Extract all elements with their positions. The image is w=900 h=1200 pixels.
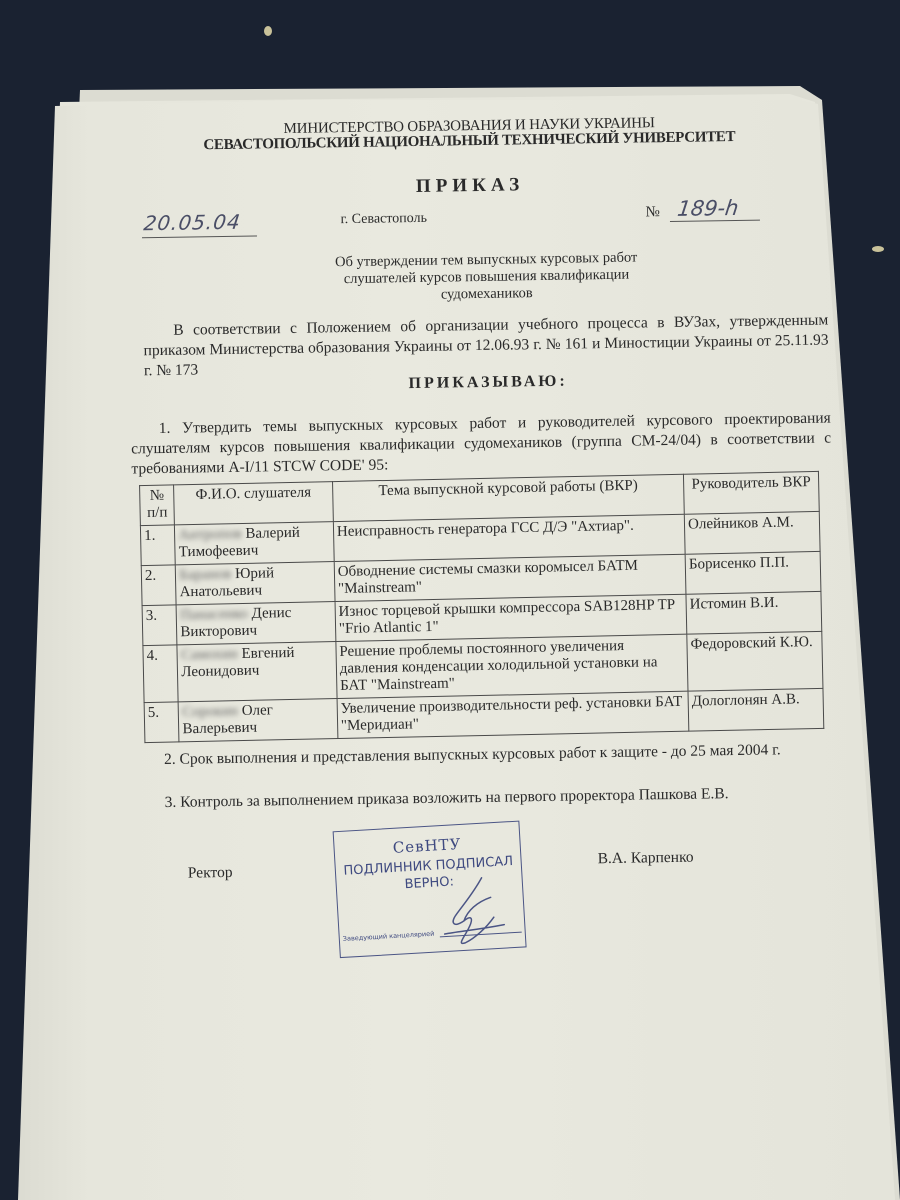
- document: МИНИСТЕРСТВО ОБРАЗОВАНИЯ И НАУКИ УКРАИНЫ…: [0, 0, 900, 1200]
- supervisor: Истомин В.И.: [686, 591, 822, 634]
- stamp-line-3: Заведующий канцелярией: [343, 930, 435, 943]
- item-1-text: 1. Утвердить темы выпускных курсовых раб…: [131, 409, 831, 477]
- order-subject: Об утверждении тем выпускных курсовых ра…: [146, 247, 827, 309]
- item-2-text: 2. Срок выполнения и представления выпус…: [164, 741, 781, 768]
- supervisor: Борисенко П.П.: [685, 551, 821, 594]
- city: г. Севастополь: [340, 211, 427, 228]
- row-num: 5.: [144, 702, 179, 743]
- redacted-surname: Панасенко: [180, 606, 248, 623]
- topics-table: № п/п Ф.И.О. слушателя Тема выпускной ку…: [139, 471, 824, 743]
- student-name: Антропов Валерий Тимофеевич: [175, 522, 334, 565]
- preamble-text: В соответствии с Положением об организац…: [143, 312, 828, 380]
- row-num: 1.: [140, 525, 175, 566]
- item-1-paragraph: 1. Утвердить темы выпускных курсовых раб…: [131, 408, 832, 479]
- supervisor: Олейников А.М.: [684, 511, 820, 554]
- certification-stamp: СевНТУ ПОДЛИННИК ПОДПИСАЛ ВЕРНО: Заведую…: [333, 821, 527, 959]
- supervisor: Дологлонян А.В.: [688, 688, 824, 731]
- redacted-surname: Антропов: [178, 526, 242, 543]
- redacted-surname: Баранов: [179, 566, 231, 583]
- redacted-surname: Сорокин: [182, 703, 238, 720]
- row-num: 2.: [141, 565, 176, 606]
- order-number-label: №: [645, 204, 660, 221]
- item-3-paragraph: 3. Контроль за выполнением приказа возло…: [165, 783, 825, 813]
- supervisor: Федоровский К.Ю.: [687, 631, 823, 691]
- handwritten-order-number: 189-h: [670, 196, 763, 222]
- handwritten-date: 20.05.04: [142, 209, 260, 238]
- signatory-name: В.А. Карпенко: [598, 849, 694, 869]
- row-num: 3.: [142, 605, 177, 646]
- student-name: Самохин Евгений Леонидович: [177, 642, 337, 702]
- student-name: Панасенко Денис Викторович: [176, 602, 335, 645]
- header-supervisor: Руководитель ВКР: [683, 471, 819, 514]
- signatory-position: Ректор: [188, 864, 233, 883]
- topic: Увеличение производительности реф. устан…: [337, 691, 689, 738]
- header-name: Ф.И.О. слушателя: [174, 482, 333, 525]
- topic: Решение проблемы постоянного увеличения …: [336, 634, 688, 698]
- handwritten-signature-icon: [431, 872, 515, 951]
- student-name: Сорокин Олег Валерьевич: [178, 699, 337, 742]
- item-2-paragraph: 2. Срок выполнения и представления выпус…: [136, 739, 841, 770]
- redacted-surname: Самохин: [181, 646, 238, 663]
- row-num: 4.: [143, 645, 179, 703]
- student-name: Баранов Юрий Анатольевич: [176, 562, 335, 605]
- header-num: № п/п: [140, 485, 175, 526]
